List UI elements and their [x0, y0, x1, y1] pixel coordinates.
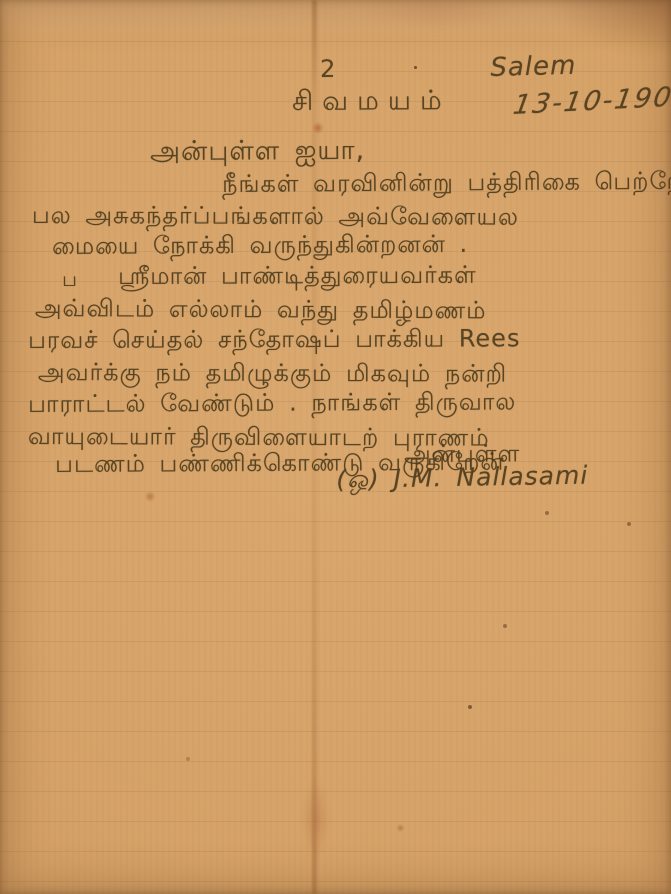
page-number: 2 — [320, 56, 336, 84]
body-line: ஸ்ரீமான் பாண்டித்துரையவர்கள் — [118, 262, 477, 291]
paragraph-mark: ப — [62, 268, 78, 291]
place-name: Salem — [490, 52, 577, 84]
invocation-sivamayam: சிவமயம் — [292, 85, 451, 117]
salutation: அன்புள்ள ஐயா, — [150, 135, 365, 167]
body-line: மையை நோக்கி வருந்துகின்றனன் . — [52, 231, 468, 261]
top-light-band — [0, 0, 671, 46]
body-line: பல அசுகந்தர்ப்பங்களால் அவ்வேளையல — [32, 202, 519, 231]
signature: (ஒ) J.M. Nallasami — [336, 462, 589, 495]
handwritten-letter-scan: 2 Salem சிவமயம் 13-10-1906 அன்புள்ள ஐயா,… — [0, 0, 671, 894]
body-line: அவர்க்கு நம் தமிழுக்கும் மிகவும் நன்றி — [38, 359, 507, 388]
body-line: அவ்விடம் எல்லாம் வந்து தமிழ்மணம் — [35, 295, 487, 325]
body-line: பாராட்டல் வேண்டும் . நாங்கள் திருவால — [28, 388, 516, 418]
body-line: நீங்கள் வரவினின்று பத்திரிகை பெற்றேன் — [222, 168, 671, 199]
body-line: பரவச் செய்தல் சந்தோஷப் பாக்கிய Rees — [28, 325, 520, 354]
